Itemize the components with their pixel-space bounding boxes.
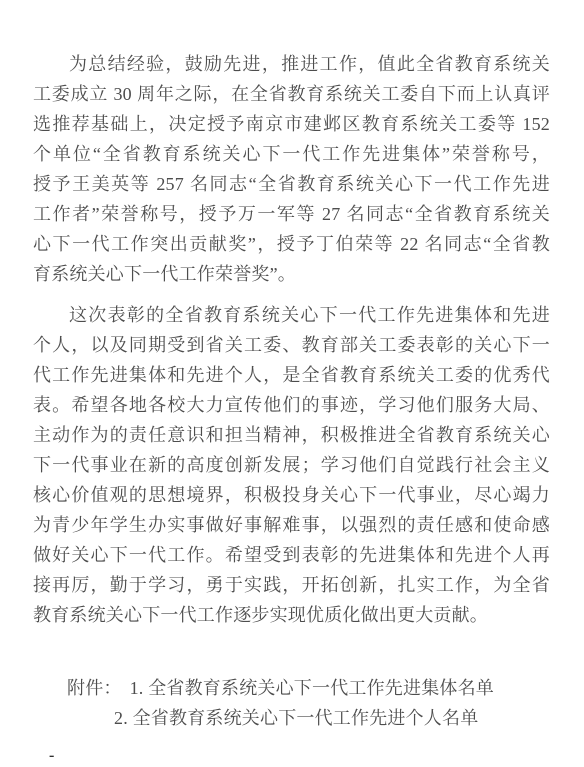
text-line: 下一代事业在新的高度创新发展；学习他们自觉践行社会主义 <box>33 450 550 480</box>
text-line: 为青少年学生办实事做好事解难事，以强烈的责任感和使命感 <box>33 510 550 540</box>
text-line: 核心价值观的思想境界，积极投身关心下一代事业，尽心竭力 <box>33 480 550 510</box>
text-line: 这次表彰的全省教育系统关心下一代工作先进集体和先进 <box>33 300 550 330</box>
text-line: 主动作为的责任意识和担当精神，积极推进全省教育系统关心 <box>33 420 550 450</box>
paragraph-hopes: 这次表彰的全省教育系统关心下一代工作先进集体和先进 个人，以及同期受到省关工委、… <box>33 300 550 630</box>
text-line: 接再厉，勤于学习，勇于实践，开拓创新，扎实工作，为全省 <box>33 570 550 600</box>
text-line: 心下一代工作突出贡献奖”，授予丁伯荣等 22 名同志“全省教 <box>33 229 550 259</box>
attachment-line: 2. 全省教育系统关心下一代工作先进个人名单 <box>33 703 550 733</box>
text-line: 为总结经验，鼓励先进，推进工作，值此全省教育系统关 <box>33 49 550 79</box>
text-line: 个人，以及同期受到省关工委、教育部关工委表彰的关心下一 <box>33 330 550 360</box>
attachment-list: 附件：1. 全省教育系统关心下一代工作先进集体名单 2. 全省教育系统关心下一代… <box>33 673 550 733</box>
text-line: 教育系统关心下一代工作逐步实现优质化做出更大贡献。 <box>33 600 550 630</box>
attachment-label: 附件： <box>67 678 122 698</box>
text-line: 做好关心下一代工作。希望受到表彰的先进集体和先进个人再 <box>33 540 550 570</box>
page-footer-mark: - <box>49 748 54 764</box>
attachment-item-1: 1. 全省教育系统关心下一代工作先进集体名单 <box>130 678 494 698</box>
attachment-line: 附件：1. 全省教育系统关心下一代工作先进集体名单 <box>33 673 550 703</box>
attachment-item-2: 2. 全省教育系统关心下一代工作先进个人名单 <box>114 708 478 728</box>
text-line: 育系统关心下一代工作荣誉奖”。 <box>33 259 550 289</box>
paragraph-awards: 为总结经验，鼓励先进，推进工作，值此全省教育系统关 工委成立 30 周年之际，在… <box>33 49 550 289</box>
document-page: 为总结经验，鼓励先进，推进工作，值此全省教育系统关 工委成立 30 周年之际，在… <box>0 0 584 767</box>
text-line: 选推荐基础上，决定授予南京市建邺区教育系统关工委等 152 <box>33 109 550 139</box>
text-line: 授予王美英等 257 名同志“全省教育系统关心下一代工作先进 <box>33 169 550 199</box>
scanned-document-page: { "colors": { "background": "#ffffff", "… <box>0 0 584 767</box>
text-line: 表。希望各地各校大力宣传他们的事迹，学习他们服务大局、 <box>33 390 550 420</box>
text-line: 个单位“全省教育系统关心下一代工作先进集体”荣誉称号， <box>33 139 550 169</box>
text-line: 代工作先进集体和先进个人，是全省教育系统关工委的优秀代 <box>33 360 550 390</box>
text-line: 工作者”荣誉称号，授予万一军等 27 名同志“全省教育系统关 <box>33 199 550 229</box>
text-line: 工委成立 30 周年之际，在全省教育系统关工委自下而上认真评 <box>33 79 550 109</box>
